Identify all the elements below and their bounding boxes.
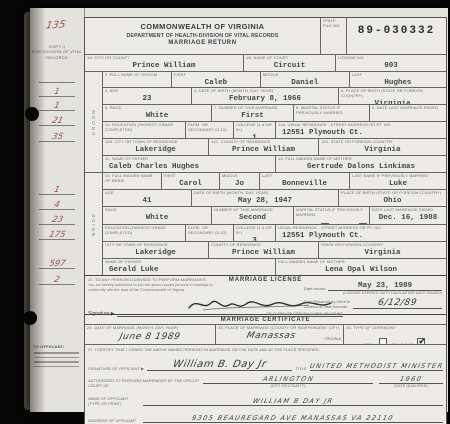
bride-race-cell: RACE White — [103, 207, 211, 224]
civil-label: CIVIL — [365, 343, 375, 344]
religious-label: RELIGIOUS — [391, 343, 413, 344]
clerk-signature-sub-label: OF CLERK OR DEPUTY CLERK OF COURT — [266, 312, 343, 316]
groom-education-label-cell: 10. EDUCATION (HIGHEST GRADE COMPLETED) — [103, 122, 185, 138]
margin-tally: 4 — [39, 197, 75, 210]
groom-race-label: 6. RACE — [105, 106, 209, 111]
groom-father-cell: 12. NAME OF FATHER Caleb Charles Hughes — [103, 156, 275, 172]
officiant-address-label: ADDRESS OF OFFICIANT — [88, 418, 140, 423]
groom-education-value: 1 — [236, 134, 273, 138]
bride-section-label: BRIDE — [91, 212, 96, 236]
margin-tally-value: 4 — [53, 201, 61, 210]
groom-age: 23 — [105, 95, 189, 103]
officiant-signature-row: SIGNATURE OF OFFICIANT ▶ William B. Day … — [85, 353, 446, 373]
marriage-place-value: Manassas — [217, 331, 325, 341]
bride-mother: Lena Opal Wilson — [278, 266, 444, 274]
form-name: MARRIAGE RETURN — [87, 40, 318, 46]
ceremony-type-label: 26. TYPE OF CEREMONY — [346, 326, 444, 331]
marriage-date-label: 24. DATE OF MARRIAGE (MONTH, DAY, YEAR) — [87, 326, 213, 331]
edu-college-label: COLLEGE (1-4 OR 5+) — [236, 123, 273, 133]
bride-previous-name: Luke — [352, 180, 444, 188]
margin-tally: 21 — [39, 113, 75, 126]
groom-last-name-cell: LAST Hughes — [349, 72, 446, 87]
officiant-address-row: ADDRESS OF OFFICIANT 9305 BEAUREGARD AVE… — [85, 408, 446, 424]
bride-dob-label: DATE OF BIRTH (MONTH, DAY, YEAR) — [194, 191, 336, 196]
margin-tally: 35 — [39, 129, 75, 142]
groom-last-name: Hughes — [352, 79, 444, 87]
date-returned-value: 6/12/89 — [377, 298, 418, 308]
groom-section-label: GROOM — [91, 108, 96, 136]
officiant-instructions: TO OFFICIANT: — [33, 344, 80, 367]
bride-name-label: 14. FULL MAIDEN NAME OF BRIDE — [105, 174, 159, 184]
state-file-number-cell: 89-030332 — [346, 18, 446, 54]
bride-age-cell: AGE 41 — [103, 190, 191, 206]
license-authorization-text: 22. TO ANY PERSON LICENSED TO PERFORM MA… — [88, 278, 278, 293]
groom-residence-cell: 11A. USUAL RESIDENCE - STREET ADDRESS OR… — [275, 122, 446, 138]
authorization-year: 1960 — [399, 375, 423, 383]
bride-county-label: COUNTY OF RESIDENCE — [211, 243, 316, 248]
photo-of-marriage-return: 135 COPY II FOR DIVISION OF VITAL RECORD… — [0, 0, 450, 424]
civil-checkbox — [379, 338, 387, 344]
groom-name-row: 2. FULL NAME OF GROOM FIRST Caleb MIDDLE… — [103, 72, 446, 87]
bride-residence-cell: USUAL RESIDENCE - STREET ADDRESS OR RT. … — [275, 225, 446, 241]
date-returned-label: Date Returned by Clerk toDivision of Vit… — [304, 299, 350, 309]
margin-tally: 1 — [39, 182, 75, 195]
officiant-instructions-title: TO OFFICIANT: — [33, 344, 80, 349]
bride-state: Virginia — [321, 249, 444, 257]
marriage-date-cell: 24. DATE OF MARRIAGE (MONTH, DAY, YEAR) … — [85, 325, 215, 344]
edu-college-label: COLLEGE (1-4 OR 5+) — [236, 226, 273, 236]
bride-race: White — [105, 214, 209, 222]
department-title: DEPARTMENT OF HEALTH-DIVISION OF VITAL R… — [87, 33, 318, 39]
margin-tally-value: 597 — [48, 260, 66, 269]
bride-state-cell: STATE OR FOREIGN COUNTRY Virginia — [318, 242, 446, 258]
last-col-label: LAST — [352, 73, 444, 78]
groom-county: Prince William — [211, 146, 316, 154]
groom-dob-cell: 4. DATE OF BIRTH (MONTH, DAY, YEAR) Febr… — [191, 88, 338, 104]
margin-tally-value: 21 — [51, 117, 64, 126]
groom-city: Lakeridge — [105, 146, 206, 154]
margin-tally — [39, 70, 75, 83]
marriage-return-document: 135 COPY II FOR DIVISION OF VITAL RECORD… — [30, 8, 448, 412]
bride-parents-row: NAME OF FATHER Gerald Luke FULL MAIDEN N… — [103, 258, 446, 275]
marriage-place-cell: 25. PLACE OF MARRIAGE (COUNTY OR INDEPEN… — [215, 325, 343, 344]
widowed-checkbox — [321, 223, 329, 224]
license-number-cell: LICENSE NO. 903 — [335, 55, 446, 71]
margin-tally-value: 23 — [51, 216, 64, 225]
bride-last-name-cell: LAST Bonneville — [259, 173, 349, 189]
bride-city-cell: CITY OR TOWN OF RESIDENCE Lakeridge — [103, 242, 208, 258]
groom-date-ended-label: 9. DATE LAST MARRIAGE ENDED — [372, 106, 444, 111]
bride-education-row: EDUCATION (HIGHEST GRADE COMPLETED) ELEM… — [103, 224, 446, 241]
bride-birth-row: AGE 41 DATE OF BIRTH (MONTH, DAY, YEAR) … — [103, 189, 446, 206]
groom-edu-elementary-cell: ELEM. OR SECONDARY (0-12) — [185, 122, 233, 138]
bride-marital-status-cell: MARITAL STATUS IF PREVIOUSLY MARRIED WID… — [293, 207, 369, 224]
groom-marriage-number-label: 7. NUMBER OF THIS MARRIAGE — [214, 106, 291, 111]
certificate-date-place-row: 24. DATE OF MARRIAGE (MONTH, DAY, YEAR) … — [85, 324, 446, 344]
groom-race: White — [105, 112, 209, 120]
bride-middle-name-cell: MIDDLE Jo — [219, 173, 259, 189]
margin-tally: 597 — [39, 256, 75, 269]
county-label: 1A. CITY OR COUNTY — [87, 56, 241, 61]
groom-city-cell: 11B. CITY OR TOWN OF RESIDENCE Lakeridge — [103, 139, 208, 155]
margin-tally-value: 1 — [53, 102, 61, 111]
license-number-value: 903 — [338, 62, 444, 70]
margin-tally: 1 — [39, 84, 75, 97]
groom-mother-label: 13. FULL MAIDEN NAME OF MOTHER — [278, 157, 444, 162]
copy-line: FOR DIVISION OF VITAL — [32, 49, 82, 54]
copy-designation: COPY II FOR DIVISION OF VITAL RECORDS — [32, 44, 82, 60]
groom-parents-row: 12. NAME OF FATHER Caleb Charles Hughes … — [103, 155, 446, 172]
groom-education-row: 10. EDUCATION (HIGHEST GRADE COMPLETED) … — [103, 121, 446, 138]
bride-residence: 12551 Plymouth Ct. — [278, 232, 444, 240]
bride-pob-label: PLACE OF BIRTH (STATE OR FOREIGN COUNTRY… — [341, 191, 444, 196]
bride-marital-status-label: MARITAL STATUS IF PREVIOUSLY MARRIED — [296, 208, 367, 218]
bride-residence-label: USUAL RESIDENCE - STREET ADDRESS OR RT. … — [278, 226, 444, 231]
groom-father-label: 12. NAME OF FATHER — [105, 157, 273, 162]
bride-dob-cell: DATE OF BIRTH (MONTH, DAY, YEAR) May 28,… — [191, 190, 338, 206]
bride-marriage-number-label: NUMBER OF THIS MARRIAGE — [214, 208, 291, 213]
bride-race-label: RACE — [105, 208, 209, 213]
bride-father-label: NAME OF FATHER — [105, 260, 273, 265]
authorization-row: AUTHORIZED TO PERFORM MARRIAGES BY THE C… — [85, 373, 446, 390]
jurisdiction-row: 1A. CITY OR COUNTY Prince William 1B. NA… — [85, 54, 446, 71]
margin-tally-value: 35 — [51, 133, 64, 142]
bride-edu-college-cell: COLLEGE (1-4 OR 5+) 3 — [233, 225, 275, 241]
form-header: COMMONWEALTH OF VIRGINIA DEPARTMENT OF H… — [85, 18, 446, 54]
county-cell: 1A. CITY OR COUNTY Prince William — [85, 55, 243, 71]
bride-city: Lakeridge — [105, 249, 206, 257]
signature-label: Signature ▶ — [88, 311, 115, 317]
bride-first-name-cell: FIRST Carol — [161, 173, 219, 189]
groom-residence-row: 11B. CITY OR TOWN OF RESIDENCE Lakeridge… — [103, 138, 446, 155]
groom-mother-cell: 13. FULL MAIDEN NAME OF MOTHER Gertrude … — [275, 156, 446, 172]
bride-previous-name-cell: LAST NAME IF PREVIOUSLY MARRIED Luke — [349, 173, 446, 189]
groom-middle-name: Daniel — [263, 79, 347, 87]
groom-education-label: 10. EDUCATION (HIGHEST GRADE COMPLETED) — [105, 123, 183, 133]
officiant-address: 9305 BEAUREGARD AVE MANASSAS VA 22110 — [191, 414, 395, 422]
groom-date-ended-cell: 9. DATE LAST MARRIAGE ENDED — [369, 105, 446, 121]
edu-elementary-label: ELEM. OR SECONDARY (0-12) — [188, 226, 231, 236]
groom-dob: February 8, 1966 — [194, 95, 336, 103]
commonwealth-title: COMMONWEALTH OF VIRGINIA — [87, 22, 318, 31]
authorizing-court-sub-label: (CITY OR COUNTY) — [203, 384, 373, 388]
court-cell: 1B. NAME OF COURT Circuit — [243, 55, 335, 71]
margin-tally: 175 — [39, 227, 75, 240]
bride-marriage-number: Second — [214, 214, 291, 222]
state-file-label: STATE FILE NO. — [323, 19, 344, 29]
bride-edu-elementary-cell: ELEM. OR SECONDARY (0-12) — [185, 225, 233, 241]
bride-father: Gerald Luke — [105, 266, 273, 274]
bride-marriage-number-cell: NUMBER OF THIS MARRIAGE Second — [211, 207, 293, 224]
groom-pob-cell: 5. PLACE OF BIRTH (STATE OR FOREIGN COUN… — [338, 88, 446, 104]
groom-marital-row: 6. RACE White 7. NUMBER OF THIS MARRIAGE… — [103, 104, 446, 121]
groom-marriage-number: First — [214, 112, 291, 120]
bride-age-label: AGE — [105, 191, 189, 196]
bride-name-row: 14. FULL MAIDEN NAME OF BRIDE FIRST Caro… — [103, 173, 446, 189]
first-col-label: FIRST — [164, 174, 217, 179]
groom-first-name: Caleb — [174, 79, 258, 87]
last-col-label: LAST — [262, 174, 347, 179]
groom-section-strip: GROOM — [85, 72, 103, 172]
license-fine-print: conformity with the laws of the Commonwe… — [88, 288, 278, 293]
bride-section: BRIDE 14. FULL MAIDEN NAME OF BRIDE FIRS… — [85, 172, 446, 275]
punch-hole — [25, 107, 39, 121]
groom-state: Virginia — [321, 146, 444, 154]
groom-county-label: 11C. COUNTY OF RESIDENCE — [211, 140, 316, 145]
bride-education-label-cell: EDUCATION (HIGHEST GRADE COMPLETED) — [103, 225, 185, 241]
bride-state-label: STATE OR FOREIGN COUNTRY — [321, 243, 444, 248]
groom-marital-status-label: 8. MARITAL STATUS IF PREVIOUSLY MARRIED — [296, 106, 367, 116]
officiant-name-row: NAME OF OFFICIANT (TYPE OR PRINT) WILLIA… — [85, 390, 446, 408]
county-value: Prince William — [87, 62, 241, 70]
marriage-return-form: COMMONWEALTH OF VIRGINIA DEPARTMENT OF H… — [84, 17, 447, 424]
groom-pob-label: 5. PLACE OF BIRTH (STATE OR FOREIGN COUN… — [341, 89, 444, 99]
groom-mother: Gertrude Dalons Linkimas — [278, 163, 444, 171]
ceremony-type-cell: 26. TYPE OF CEREMONY CIVIL RELIGIOUS ✔ — [343, 325, 446, 344]
officiant-name: WILLIAM B DAY JR — [252, 397, 334, 405]
fine-print-line — [34, 352, 79, 354]
officiant-signature: William B. Day Jr — [171, 359, 267, 370]
margin-tally-value: 175 — [48, 231, 66, 240]
bride-date-ended-cell: DATE LAST MARRIAGE ENDED Dec. 16, 1988 — [369, 207, 446, 224]
license-dates: Date Issued May 23, 1989 (LICENSE EXPIRE… — [304, 281, 442, 309]
state-file-label-cell: STATE FILE NO. — [320, 18, 346, 54]
authorizing-court-city: ARLINGTON — [262, 375, 315, 383]
date-issued-label: Date Issued — [304, 286, 325, 291]
license-number-label: LICENSE NO. — [338, 56, 444, 61]
bride-mother-cell: FULL MAIDEN NAME OF MOTHER Lena Opal Wil… — [275, 259, 446, 275]
edu-elementary-label: ELEM. OR SECONDARY (0-12) — [188, 123, 231, 133]
bride-mother-label: FULL MAIDEN NAME OF MOTHER — [278, 260, 444, 265]
bride-middle-name: Jo — [222, 180, 257, 188]
officiant-title-value: UNITED METHODIST MINISTER — [309, 362, 444, 370]
groom-residence-label: 11A. USUAL RESIDENCE - STREET ADDRESS OR… — [278, 123, 444, 128]
margin-tally: 23 — [39, 212, 75, 225]
groom-pob: Virginia — [341, 100, 444, 104]
bride-dob: May 28, 1947 — [194, 197, 336, 205]
groom-section: GROOM 2. FULL NAME OF GROOM FIRST Caleb … — [85, 71, 446, 172]
bride-pob: Ohio — [341, 197, 444, 205]
punch-hole — [23, 311, 37, 325]
bride-city-label: CITY OR TOWN OF RESIDENCE — [105, 243, 206, 248]
officiant-signature-label: SIGNATURE OF OFFICIANT ▶ — [88, 366, 144, 371]
form-title-block: COMMONWEALTH OF VIRGINIA DEPARTMENT OF H… — [85, 18, 320, 54]
left-margin: 135 COPY II FOR DIVISION OF VITAL RECORD… — [30, 8, 85, 412]
groom-dob-label: 4. DATE OF BIRTH (MONTH, DAY, YEAR) — [194, 89, 336, 94]
groom-first-name-cell: FIRST Caleb — [171, 72, 260, 87]
margin-code-top: 135 — [45, 19, 66, 31]
margin-tally-value: 2 — [53, 276, 61, 285]
groom-marriage-number-cell: 7. NUMBER OF THIS MARRIAGE First — [211, 105, 293, 121]
divorced-checkbox: ✕ — [359, 223, 367, 224]
groom-name-label-cell: 2. FULL NAME OF GROOM — [103, 72, 171, 87]
court-value: Circuit — [246, 62, 333, 70]
fine-print-line — [34, 366, 79, 368]
groom-county-cell: 11C. COUNTY OF RESIDENCE Prince William — [208, 139, 318, 155]
bride-date-ended-label: DATE LAST MARRIAGE ENDED — [372, 208, 444, 213]
bride-pob-cell: PLACE OF BIRTH (STATE OR FOREIGN COUNTRY… — [338, 190, 446, 206]
bride-education-value: 3 — [236, 237, 273, 241]
margin-tally: 2 — [39, 272, 75, 285]
margin-tally: 1 — [39, 98, 75, 111]
officiant-name-label: NAME OF OFFICIANT (TYPE OR PRINT) — [88, 396, 140, 406]
groom-age-label: 3. AGE — [105, 89, 189, 94]
authorization-year-sub-label: (DATE QUALIFIED) — [379, 384, 443, 388]
groom-name-label: 2. FULL NAME OF GROOM — [105, 73, 169, 78]
bride-name-label-cell: 14. FULL MAIDEN NAME OF BRIDE — [103, 173, 161, 189]
religious-checkbox: ✔ — [417, 338, 425, 344]
middle-col-label: MIDDLE — [263, 73, 347, 78]
bride-marital-row: RACE White NUMBER OF THIS MARRIAGE Secon… — [103, 206, 446, 224]
groom-birth-row: 3. AGE 23 4. DATE OF BIRTH (MONTH, DAY, … — [103, 87, 446, 104]
marriage-license-section: MARRIAGE LICENSE 22. TO ANY PERSON LICEN… — [85, 275, 446, 314]
fine-print-line — [34, 361, 79, 363]
officiant-title-label: TITLE — [296, 366, 307, 371]
date-issued-value: May 23, 1989 — [358, 282, 412, 290]
court-label: 1B. NAME OF COURT — [246, 56, 333, 61]
bride-county-cell: COUNTY OF RESIDENCE Prince William — [208, 242, 318, 258]
groom-race-cell: 6. RACE White — [103, 105, 211, 121]
certify-statement: 27. I CERTIFY THAT I JOINED THE ABOVE NA… — [85, 344, 446, 353]
bride-date-ended: Dec. 16, 1988 — [372, 214, 444, 222]
authorized-by-label: AUTHORIZED TO PERFORM MARRIAGES BY THE C… — [88, 378, 200, 388]
groom-father: Caleb Charles Hughes — [105, 163, 273, 171]
bride-section-strip: BRIDE — [85, 173, 103, 275]
middle-col-label: MIDDLE — [222, 174, 257, 179]
bride-previous-name-label: LAST NAME IF PREVIOUSLY MARRIED — [352, 174, 444, 179]
marriage-place-state: VIRGINIA — [324, 337, 341, 341]
bride-father-cell: NAME OF FATHER Gerald Luke — [103, 259, 275, 275]
license-expires-note: (LICENSE EXPIRES SIXTY DAYS AFTER DATE I… — [304, 291, 442, 295]
groom-residence: 12551 Plymouth Ct. — [278, 129, 444, 137]
state-file-number: 89-030332 — [349, 25, 444, 37]
bride-education-label: EDUCATION (HIGHEST GRADE COMPLETED) — [105, 226, 183, 236]
copy-line: RECORDS — [32, 55, 82, 60]
bride-first-name: Carol — [164, 180, 217, 188]
bride-age: 41 — [105, 197, 189, 205]
first-col-label: FIRST — [174, 73, 258, 78]
fine-print-line — [34, 357, 79, 359]
margin-tally-value: 1 — [53, 186, 61, 195]
groom-marital-status-cell: 8. MARITAL STATUS IF PREVIOUSLY MARRIED … — [293, 105, 369, 121]
groom-edu-college-cell: COLLEGE (1-4 OR 5+) 1 — [233, 122, 275, 138]
groom-state-cell: 11D. STATE OR FOREIGN COUNTRY Virginia — [318, 139, 446, 155]
bride-last-name: Bonneville — [262, 180, 347, 188]
marriage-date-value: June 8 1989 — [86, 332, 214, 342]
groom-age-cell: 3. AGE 23 — [103, 88, 191, 104]
bride-residence-row: CITY OR TOWN OF RESIDENCE Lakeridge COUN… — [103, 241, 446, 258]
groom-state-label: 11D. STATE OR FOREIGN COUNTRY — [321, 140, 444, 145]
margin-tally-value: 1 — [53, 88, 61, 97]
groom-city-label: 11B. CITY OR TOWN OF RESIDENCE — [105, 140, 206, 145]
groom-middle-name-cell: MIDDLE Daniel — [260, 72, 349, 87]
bride-county: Prince William — [211, 249, 316, 257]
